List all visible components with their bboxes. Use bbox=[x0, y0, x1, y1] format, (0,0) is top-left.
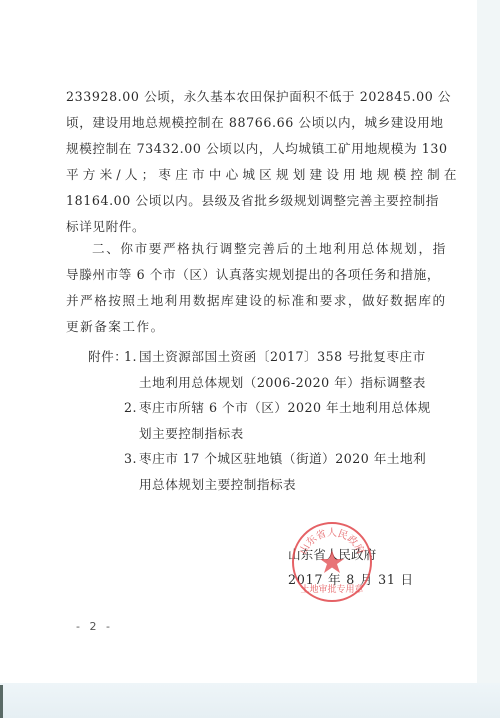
attachment-number: 2. bbox=[124, 395, 139, 421]
official-seal-icon: 山东省人民政府 土地审批专用章 bbox=[290, 520, 374, 604]
seal-bottom-text: 土地审批专用章 bbox=[300, 583, 363, 595]
attachments-label: 附件： bbox=[66, 344, 124, 370]
text-line: 顷，建设用地总规模控制在 88766.66 公顷以内，城乡建设用地 bbox=[66, 110, 416, 136]
text-line: 更新备案工作。 bbox=[66, 314, 416, 340]
attachment-item-3: 3.枣庄市 17 个城区驻地镇（街道）2020 年土地利 用总体规划主要控制指标… bbox=[66, 446, 426, 497]
text-line: 二、你市要严格执行调整完善后的土地利用总体规划，指 bbox=[66, 236, 416, 262]
attachment-title-cont: 用总体规划主要控制指标表 bbox=[66, 472, 426, 498]
page-number: - 2 - bbox=[76, 620, 113, 633]
attachment-title-cont: 土地利用总体规划（2006-2020 年）指标调整表 bbox=[66, 370, 426, 396]
attachment-item-2: 2.枣庄市所辖 6 个市（区）2020 年土地利用总体规 划主要控制指标表 bbox=[66, 395, 426, 446]
paragraph-1: 233928.00 公顷，永久基本农田保护面积不低于 202845.00 公 顷… bbox=[66, 84, 416, 240]
text-line: 导滕州市等 6 个市（区）认真落实规划提出的各项任务和措施， bbox=[66, 262, 416, 288]
text-line: 并严格按照土地利用数据库建设的标准和要求，做好数据库的 bbox=[66, 288, 416, 314]
attachment-number: 1. bbox=[124, 344, 139, 370]
attachment-number: 3. bbox=[124, 446, 139, 472]
attachments-list: 附件：1.国土资源部国土资函〔2017〕358 号批复枣庄市 土地利用总体规划（… bbox=[66, 344, 426, 497]
scan-edge bbox=[477, 0, 500, 683]
scan-border bbox=[0, 685, 3, 718]
attachment-title: 枣庄市所辖 6 个市（区）2020 年土地利用总体规 bbox=[139, 400, 431, 415]
text-line: 233928.00 公顷，永久基本农田保护面积不低于 202845.00 公 bbox=[66, 84, 416, 110]
text-line: 平方米/人；枣庄市中心城区规划建设用地规模控制在 bbox=[66, 162, 416, 188]
document-page: 233928.00 公顷，永久基本农田保护面积不低于 202845.00 公 顷… bbox=[0, 0, 477, 683]
attachment-title: 枣庄市 17 个城区驻地镇（街道）2020 年土地利 bbox=[139, 451, 426, 466]
text-line: 18164.00 公顷以内。县级及省批乡级规划调整完善主要控制指 bbox=[66, 188, 416, 214]
scan-background bbox=[0, 683, 500, 718]
attachment-title: 国土资源部国土资函〔2017〕358 号批复枣庄市 bbox=[139, 349, 426, 364]
attachment-item-1: 附件：1.国土资源部国土资函〔2017〕358 号批复枣庄市 土地利用总体规划（… bbox=[66, 344, 426, 395]
paragraph-2: 二、你市要严格执行调整完善后的土地利用总体规划，指 导滕州市等 6 个市（区）认… bbox=[66, 236, 416, 340]
attachment-title-cont: 划主要控制指标表 bbox=[66, 421, 426, 447]
text-line: 规模控制在 73432.00 公顷以内，人均城镇工矿用地规模为 130 bbox=[66, 136, 416, 162]
